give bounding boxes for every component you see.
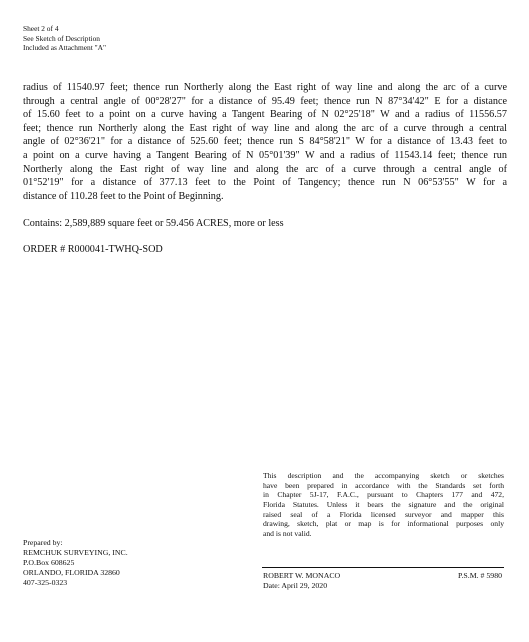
sheet-header: Sheet 2 of 4 See Sketch of Description I… (23, 24, 106, 53)
surveyor-name: ROBERT W. MONACO (263, 571, 340, 581)
po-box: P.O.Box 608625 (23, 558, 128, 568)
legal-description-line: of 15.60 feet to a point on a curve havi… (23, 108, 507, 122)
signature-date: Date: April 29, 2020 (263, 581, 327, 591)
order-number: ORDER # R000041-TWHQ-SOD (23, 243, 163, 256)
phone-number: 407-325-0323 (23, 578, 128, 588)
disclaimer-line: have been prepared in accordance with th… (263, 481, 504, 491)
disclaimer-line: drawing, sketch, plat or map is for info… (263, 519, 504, 529)
disclaimer-line: in Chapter 5J-17, F.A.C., pursuant to Ch… (263, 490, 504, 500)
legal-description-line: radius of 11540.97 feet; thence run Nort… (23, 81, 507, 95)
legal-description-line: angle of 02°36'21" for a distance of 525… (23, 135, 507, 149)
legal-description-line: feet; thence run Northerly along the Eas… (23, 122, 507, 136)
prepared-by-label: Prepared by: (23, 538, 128, 548)
legal-description-line: distance of 110.28 feet to the Point of … (23, 190, 507, 204)
sheet-number: Sheet 2 of 4 (23, 24, 106, 34)
company-name: REMCHUK SURVEYING, INC. (23, 548, 128, 558)
city-state-zip: ORLANDO, FLORIDA 32860 (23, 568, 128, 578)
attachment-reference: Included as Attachment "A" (23, 43, 106, 53)
disclaimer-line: Florida Statutes. Unless it bears the si… (263, 500, 504, 510)
legal-description-line: 01°52'19" for a distance of 377.13 feet … (23, 176, 507, 190)
disclaimer: This description and the accompanying sk… (263, 471, 504, 539)
disclaimer-line: This description and the accompanying sk… (263, 471, 504, 481)
disclaimer-line: raised seal of a Florida licensed survey… (263, 510, 504, 520)
prepared-by-block: Prepared by: REMCHUK SURVEYING, INC. P.O… (23, 538, 128, 588)
legal-description-line: a point on a curve having a Tangent Bear… (23, 149, 507, 163)
sketch-reference: See Sketch of Description (23, 34, 106, 44)
legal-description-line: Northerly along the East right of way li… (23, 163, 507, 177)
signature-line (262, 567, 504, 568)
legal-description: radius of 11540.97 feet; thence run Nort… (23, 81, 507, 203)
disclaimer-line: and is not valid. (263, 529, 504, 539)
legal-description-line: through a central angle of 00°28'27" for… (23, 95, 507, 109)
area-contains: Contains: 2,589,889 square feet or 59.45… (23, 217, 284, 230)
surveyor-license: P.S.M. # 5980 (458, 571, 502, 581)
